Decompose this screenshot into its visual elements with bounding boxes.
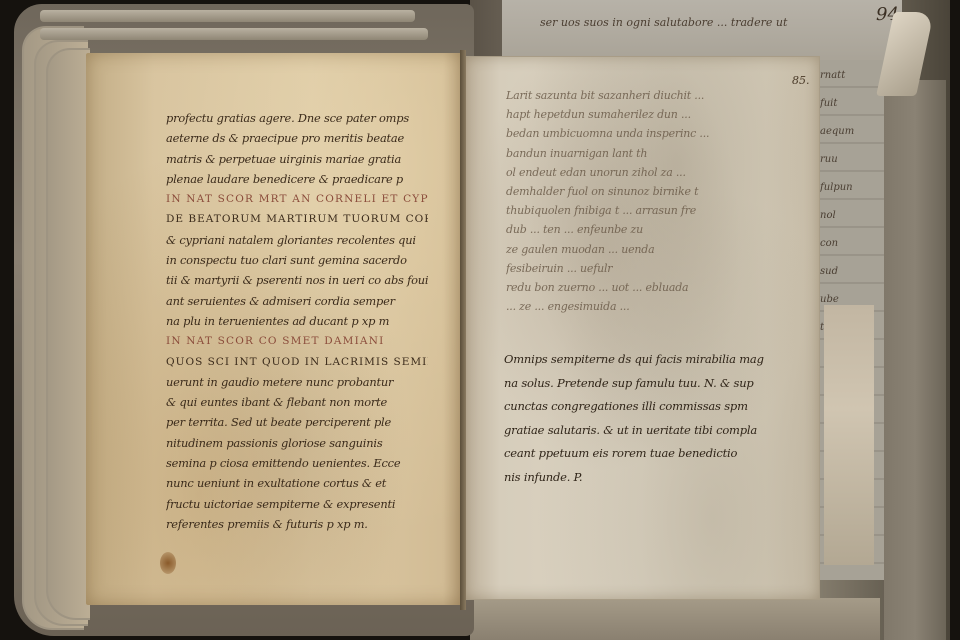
faded-line: Larit sazunta bit sazanheri diuchit ... xyxy=(506,86,806,105)
rubric-line: IN NAT SCOR CO SMET DAMIANI xyxy=(166,331,428,351)
faded-line: hapt hepetdun sumaherilez dun ... xyxy=(506,105,806,124)
text-line: ant seruientes & admiseri cordia semper xyxy=(166,291,428,311)
text-line: matris & perpetuae uirginis mariae grati… xyxy=(166,149,428,169)
text-line: & qui euntes ibant & flebant non morte xyxy=(166,392,428,412)
text-line: nitudinem passionis gloriose sanguinis xyxy=(166,433,428,453)
text-line: cunctas congregationes illi commissas sp… xyxy=(504,395,794,419)
strip-line: rnatt xyxy=(820,62,880,90)
text-line: profectu gratias agere. Dne sce pater om… xyxy=(166,108,428,128)
text-line: na plu in teruenientes ad ducant p xp m xyxy=(166,311,428,331)
strip-line: aequm xyxy=(820,118,880,146)
text-line: plenae laudare benedicere & praedicare p xyxy=(166,169,428,189)
back-leaf-text: ser uos suos in ogni salutabore ... trad… xyxy=(540,16,787,29)
capitals-line: DE BEATORUM MARTIRUM TUORUM CORNELI xyxy=(166,209,428,229)
left-page-text: profectu gratias agere. Dne sce pater om… xyxy=(166,108,428,534)
text-line: in conspectu tuo clari sunt gemina sacer… xyxy=(166,250,428,270)
parchment-repair-patch xyxy=(824,305,874,565)
faded-line: ze gaulen muodan ... uenda xyxy=(506,240,806,259)
faded-line: redu bon zuerno ... uot ... ebluada xyxy=(506,278,806,297)
text-line: ceant ppetuum eis rorem tuae benedictio xyxy=(504,442,794,466)
right-page-text: Omnips sempiterne ds qui facis mirabilia… xyxy=(504,348,794,490)
strip-line: fulpun xyxy=(820,174,880,202)
strip-line: nol xyxy=(820,202,880,230)
strip-line: ruu xyxy=(820,146,880,174)
text-line: Omnips sempiterne ds qui facis mirabilia… xyxy=(504,348,794,372)
text-line: na solus. Pretende sup famulu tuu. N. & … xyxy=(504,372,794,396)
faded-line: bandun inuarnigan lant th xyxy=(506,144,806,163)
gutter xyxy=(460,50,466,610)
faded-line: bedan umbicuomna unda insperinc ... xyxy=(506,124,806,143)
text-line: semina p ciosa emittendo uenientes. Ecce xyxy=(166,453,428,473)
text-line: per territa. Sed ut beate perciperent pl… xyxy=(166,412,428,432)
faded-line: ... ze ... engesimuida ... xyxy=(506,297,806,316)
text-line: aeterne ds & praecipue pro meritis beata… xyxy=(166,128,428,148)
margin-strip-text: rnatt fuit aequm ruu fulpun nol con sud … xyxy=(820,62,880,342)
capitals-line: QUOS SCI INT QUOD IN LACRIMIS SEMINA xyxy=(166,352,428,372)
leaf-top-edge xyxy=(40,10,415,22)
rubric-line: IN NAT SCOR MRT AN CORNELI ET CYP xyxy=(166,189,428,209)
faded-gloss-text: Larit sazunta bit sazanheri diuchit ... … xyxy=(506,86,806,316)
text-line: fructu uictoriae sempiterne & expresenti xyxy=(166,494,428,514)
text-line: gratiae salutaris. & ut in ueritate tibi… xyxy=(504,419,794,443)
text-line: nunc ueniunt in exultatione cortus & et xyxy=(166,473,428,493)
faded-line: thubiquolen fnibiga t ... arrasun fre xyxy=(506,201,806,220)
ink-stain xyxy=(160,552,176,574)
manuscript-photo: ser uos suos in ogni salutabore ... trad… xyxy=(0,0,960,640)
binding-board xyxy=(884,80,946,640)
leaf-top-edge xyxy=(40,28,428,40)
strip-line: fuit xyxy=(820,90,880,118)
strip-line: con xyxy=(820,230,880,258)
faded-line: dub ... ten ... enfeunbe zu xyxy=(506,220,806,239)
faded-line: fesibeiruin ... uefulr xyxy=(506,259,806,278)
text-line: tii & martyrii & pserenti nos in ueri co… xyxy=(166,270,428,290)
faded-line: ol endeut edan unorun zihol za ... xyxy=(506,163,806,182)
lower-leaf-edges xyxy=(470,598,880,640)
text-line: & cypriani natalem gloriantes recolentes… xyxy=(166,230,428,250)
leaf-edges xyxy=(46,48,90,620)
faded-line: demhalder fuol on sinunoz birnike t xyxy=(506,182,806,201)
text-line: nis infunde. P. xyxy=(504,466,794,490)
text-line: referentes premiis & futuris p xp m. xyxy=(166,514,428,534)
text-line: uerunt in gaudio metere nunc probantur xyxy=(166,372,428,392)
strip-line: sud xyxy=(820,258,880,286)
